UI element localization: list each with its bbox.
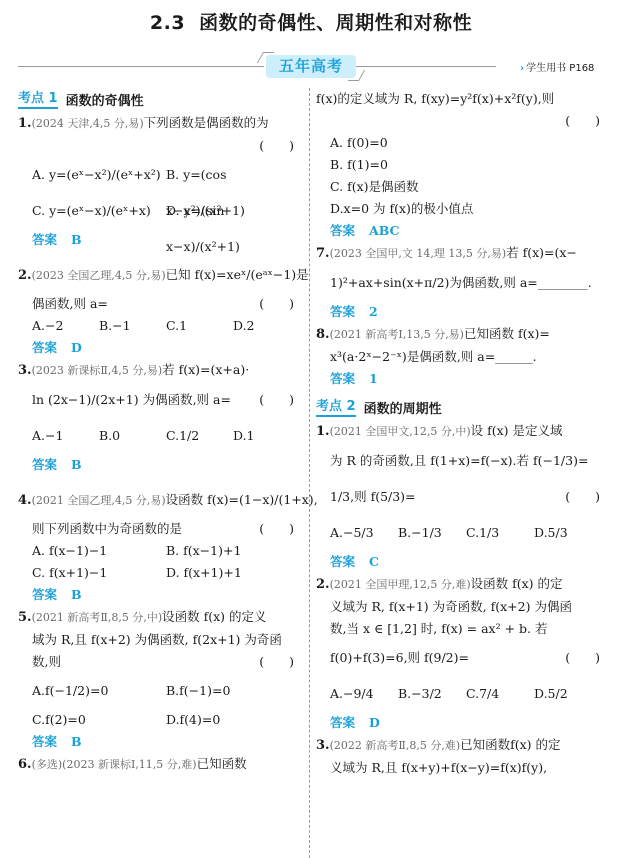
left-column: 考点 1 函数的奇偶性 1.(2024 天津,4,5 分,易)下列函数是偶函数的… — [18, 88, 300, 776]
option-c: C. f(x+1)−1 — [32, 562, 166, 584]
question-stem: 若 f(x)=(x− — [506, 245, 577, 260]
question-5: 5.(2021 新高考Ⅱ,8,5 分,中)设函数 f(x) 的定义 域为 R,且… — [18, 606, 300, 753]
right-column: f(x)的定义域为 R, f(xy)=y²f(x)+x²f(y),则 ( ) A… — [316, 88, 606, 779]
option-a: A. f(0)=0 — [330, 132, 388, 154]
question-source: (多选)(2023 新课标Ⅰ,11,5 分,难) — [32, 758, 197, 771]
answer-label: 答案 — [330, 304, 355, 319]
answer-value: D — [71, 340, 82, 355]
answer-label: 答案 — [32, 734, 57, 749]
question-number: 3. — [316, 738, 330, 753]
answer-value: 2 — [369, 304, 378, 319]
answer-paren: ( ) — [565, 479, 600, 515]
option-b: B. f(x−1)+1 — [166, 540, 300, 562]
section-tag: 考点 2 — [316, 398, 356, 417]
question-stem: 下列函数是偶函数的为 — [144, 115, 269, 130]
page-reference[interactable]: ›学生用书 P168 — [520, 59, 594, 74]
question-stem: 设函数 f(x)=(1−x)/(1+x), — [166, 492, 318, 507]
question-source: (2023 新课标Ⅱ,4,5 分,易) — [32, 364, 163, 377]
question-number: 5. — [18, 610, 32, 625]
question-stem-cont: x³(a·2ˣ−2⁻ˣ)是偶函数,则 a=______. — [330, 349, 537, 364]
answer-label: 答案 — [330, 371, 355, 386]
question-stem-cont: ln (2x−1)/(2x+1) 为偶函数,则 a= — [32, 392, 231, 407]
answer-value: ABC — [369, 223, 399, 238]
option-c: C. f(x)是偶函数 — [330, 176, 419, 198]
question-stem: 设 f(x) 是定义域 — [471, 423, 563, 438]
question-stem: 设函数 f(x) 的定义 — [162, 609, 266, 624]
question-stem: 若 f(x)=(x+a)· — [162, 362, 249, 377]
answer-label: 答案 — [32, 340, 57, 355]
answer-paren: ( ) — [565, 640, 600, 676]
question-source: (2021 新高考Ⅰ,13,5 分,易) — [330, 328, 464, 341]
section-header-periodicity: 考点 2 函数的周期性 — [316, 396, 606, 418]
answer-value: C — [369, 554, 379, 569]
question-stem-cont: 为 R 的奇函数,且 f(1+x)=f(−x).若 f(−1/3)= — [330, 453, 588, 468]
answer: 答案B — [18, 731, 300, 753]
option-d: D.x=0 为 f(x)的极小值点 — [330, 198, 473, 220]
option-a: A.−5/3 — [330, 515, 398, 551]
banner-rule-left — [18, 66, 264, 67]
answer-paren: ( ) — [565, 110, 600, 132]
question-number: 3. — [18, 363, 32, 378]
answer: 答案ABC — [316, 220, 606, 242]
option-b: B.−1/3 — [398, 515, 466, 551]
option-c: C. y=(eˣ−x)/(eˣ+x) — [32, 193, 166, 229]
option-b: B. y=(cos x−x²)/(x²+1) — [166, 157, 300, 193]
option-a: A.−9/4 — [330, 676, 398, 712]
answer: 答案D — [18, 337, 300, 359]
question-3: 3.(2023 新课标Ⅱ,4,5 分,易)若 f(x)=(x+a)· ln (2… — [18, 359, 300, 476]
answer-value: 1 — [369, 371, 378, 386]
option-c: C.1 — [166, 315, 233, 337]
option-d: D.5/3 — [534, 515, 602, 551]
option-a: A. y=(eˣ−x²)/(eˣ+x²) — [32, 157, 166, 193]
section-number: 2.3 — [150, 12, 185, 34]
option-d: D.2 — [233, 315, 300, 337]
option-b: B.−1 — [99, 315, 166, 337]
question-stem-cont: 数,则 — [32, 654, 61, 669]
answer-label: 答案 — [32, 457, 57, 472]
answer-paren: ( ) — [259, 135, 294, 157]
question-2: 2.(2023 全国乙理,4,5 分,易)已知 f(x)=xeˣ/(eᵃˣ−1)… — [18, 257, 300, 359]
option-d: D. y=(sin x−x)/(x²+1) — [166, 193, 300, 229]
question-stem-cont: 1/3,则 f(5/3)= — [330, 489, 416, 504]
question-number: 1. — [18, 116, 32, 131]
question-source: (2024 天津,4,5 分,易) — [32, 117, 144, 130]
question-stem: 已知函数f(x) 的定 — [460, 737, 560, 752]
answer: 答案C — [316, 551, 606, 573]
option-b: B.0 — [99, 418, 166, 454]
question-6: 6.(多选)(2023 新课标Ⅰ,11,5 分,难)已知函数 — [18, 753, 300, 776]
question-stem: 已知函数 — [197, 756, 247, 771]
question-stem-cont: 偶函数,则 a= — [32, 296, 108, 311]
option-a: A.f(−1/2)=0 — [32, 673, 166, 709]
question-number: 6. — [18, 757, 32, 772]
answer-label: 答案 — [330, 223, 355, 238]
option-d: D.1 — [233, 418, 300, 454]
question-source: (2021 全国甲文,12,5 分,中) — [330, 425, 471, 438]
question-1: 1.(2024 天津,4,5 分,易)下列函数是偶函数的为 ( ) A. y=(… — [18, 112, 300, 251]
answer-label: 答案 — [330, 554, 355, 569]
answer-paren: ( ) — [259, 382, 294, 418]
answer: 答案D — [316, 712, 606, 734]
answer-value: B — [71, 587, 82, 602]
option-d: D.5/2 — [534, 676, 602, 712]
section-header-parity: 考点 1 函数的奇偶性 — [18, 88, 300, 110]
question-stem-cont: 数,当 x ∈ [1,2] 时, f(x) = ax² + b. 若 — [330, 621, 547, 636]
question-stem-cont: 域为 R,且 f(x+2) 为偶函数, f(2x+1) 为奇函 — [32, 632, 282, 647]
answer-paren: ( ) — [259, 518, 294, 540]
periodicity-question-3: 3.(2022 新高考Ⅱ,8,5 分,难)已知函数f(x) 的定 义域为 R,且… — [316, 734, 606, 779]
page-title: 2.3函数的奇偶性、周期性和对称性 — [0, 8, 622, 35]
answer: 答案B — [18, 584, 300, 606]
question-stem-cont: f(x)的定义域为 R, f(xy)=y²f(x)+x²f(y),则 — [316, 91, 554, 106]
answer: 答案1 — [316, 368, 606, 390]
answer-value: B — [71, 457, 82, 472]
question-number: 1. — [316, 424, 330, 439]
chevron-right-icon: › — [520, 63, 524, 74]
option-b: B. f(1)=0 — [330, 154, 388, 176]
option-a: A.−1 — [32, 418, 99, 454]
answer-label: 答案 — [330, 715, 355, 730]
periodicity-question-1: 1.(2021 全国甲文,12,5 分,中)设 f(x) 是定义域 为 R 的奇… — [316, 420, 606, 573]
section-heading: 函数的奇偶性 — [66, 90, 144, 109]
question-number: 7. — [316, 246, 330, 261]
answer-paren: ( ) — [259, 651, 294, 673]
question-stem-cont: 则下列函数中为奇函数的是 — [32, 521, 182, 536]
question-source: (2023 全国甲,文 14,理 13,5 分,易) — [330, 247, 507, 260]
page-reference-label: 学生用书 P168 — [526, 63, 594, 74]
periodicity-question-2: 2.(2021 全国甲理,12,5 分,难)设函数 f(x) 的定 义域为 R,… — [316, 573, 606, 734]
answer: 答案B — [18, 229, 300, 251]
answer-value: B — [71, 734, 82, 749]
question-stem-cont: 义域为 R, f(x+1) 为奇函数, f(x+2) 为偶函 — [330, 599, 572, 614]
question-stem: 已知函数 f(x)= — [464, 326, 550, 341]
section-heading: 函数的周期性 — [364, 398, 442, 417]
question-stem: 设函数 f(x) 的定 — [471, 576, 563, 591]
section-title: 函数的奇偶性、周期性和对称性 — [199, 12, 472, 34]
question-source: (2021 全国乙理,4,5 分,易) — [32, 494, 166, 507]
option-c: C.7/4 — [466, 676, 534, 712]
question-8: 8.(2021 新高考Ⅰ,13,5 分,易)已知函数 f(x)= x³(a·2ˣ… — [316, 323, 606, 390]
answer-value: D — [369, 715, 380, 730]
answer-value: B — [71, 232, 82, 247]
question-source: (2022 新高考Ⅱ,8,5 分,难) — [330, 739, 461, 752]
question-6-cont: f(x)的定义域为 R, f(xy)=y²f(x)+x²f(y),则 ( ) A… — [316, 88, 606, 242]
option-d: D.f(4)=0 — [166, 709, 300, 731]
question-number: 8. — [316, 327, 330, 342]
question-source: (2023 全国乙理,4,5 分,易) — [32, 269, 166, 282]
option-c: C.1/3 — [466, 515, 534, 551]
question-4: 4.(2021 全国乙理,4,5 分,易)设函数 f(x)=(1−x)/(1+x… — [18, 482, 300, 606]
question-stem-cont: 1)²+ax+sin(x+π/2)为偶函数,则 a=________. — [330, 275, 592, 290]
answer-label: 答案 — [32, 232, 57, 247]
option-c: C.1/2 — [166, 418, 233, 454]
option-d: D. f(x+1)+1 — [166, 562, 300, 584]
option-b: B.f(−1)=0 — [166, 673, 300, 709]
option-c: C.f(2)=0 — [32, 709, 166, 731]
question-stem-cont: 义域为 R,且 f(x+y)+f(x−y)=f(x)f(y), — [330, 760, 547, 775]
section-tag: 考点 1 — [18, 90, 58, 109]
answer: 答案2 — [316, 301, 606, 323]
question-source: (2021 全国甲理,12,5 分,难) — [330, 578, 471, 591]
answer: 答案B — [18, 454, 300, 476]
question-source: (2021 新高考Ⅱ,8,5 分,中) — [32, 611, 163, 624]
question-stem: 已知 f(x)=xeˣ/(eᵃˣ−1)是 — [166, 267, 309, 282]
answer-label: 答案 — [32, 587, 57, 602]
question-7: 7.(2023 全国甲,文 14,理 13,5 分,易)若 f(x)=(x− 1… — [316, 242, 606, 323]
column-divider — [309, 88, 310, 858]
question-number: 4. — [18, 493, 32, 508]
answer-paren: ( ) — [259, 293, 294, 315]
option-b: B.−3/2 — [398, 676, 466, 712]
banner-rule-right — [356, 66, 496, 67]
question-stem-cont: f(0)+f(3)=6,则 f(9/2)= — [330, 650, 469, 665]
question-number: 2. — [316, 577, 330, 592]
option-a: A.−2 — [32, 315, 99, 337]
question-number: 2. — [18, 268, 32, 283]
option-a: A. f(x−1)−1 — [32, 540, 166, 562]
five-year-exam-badge: 五年高考 — [266, 55, 356, 78]
